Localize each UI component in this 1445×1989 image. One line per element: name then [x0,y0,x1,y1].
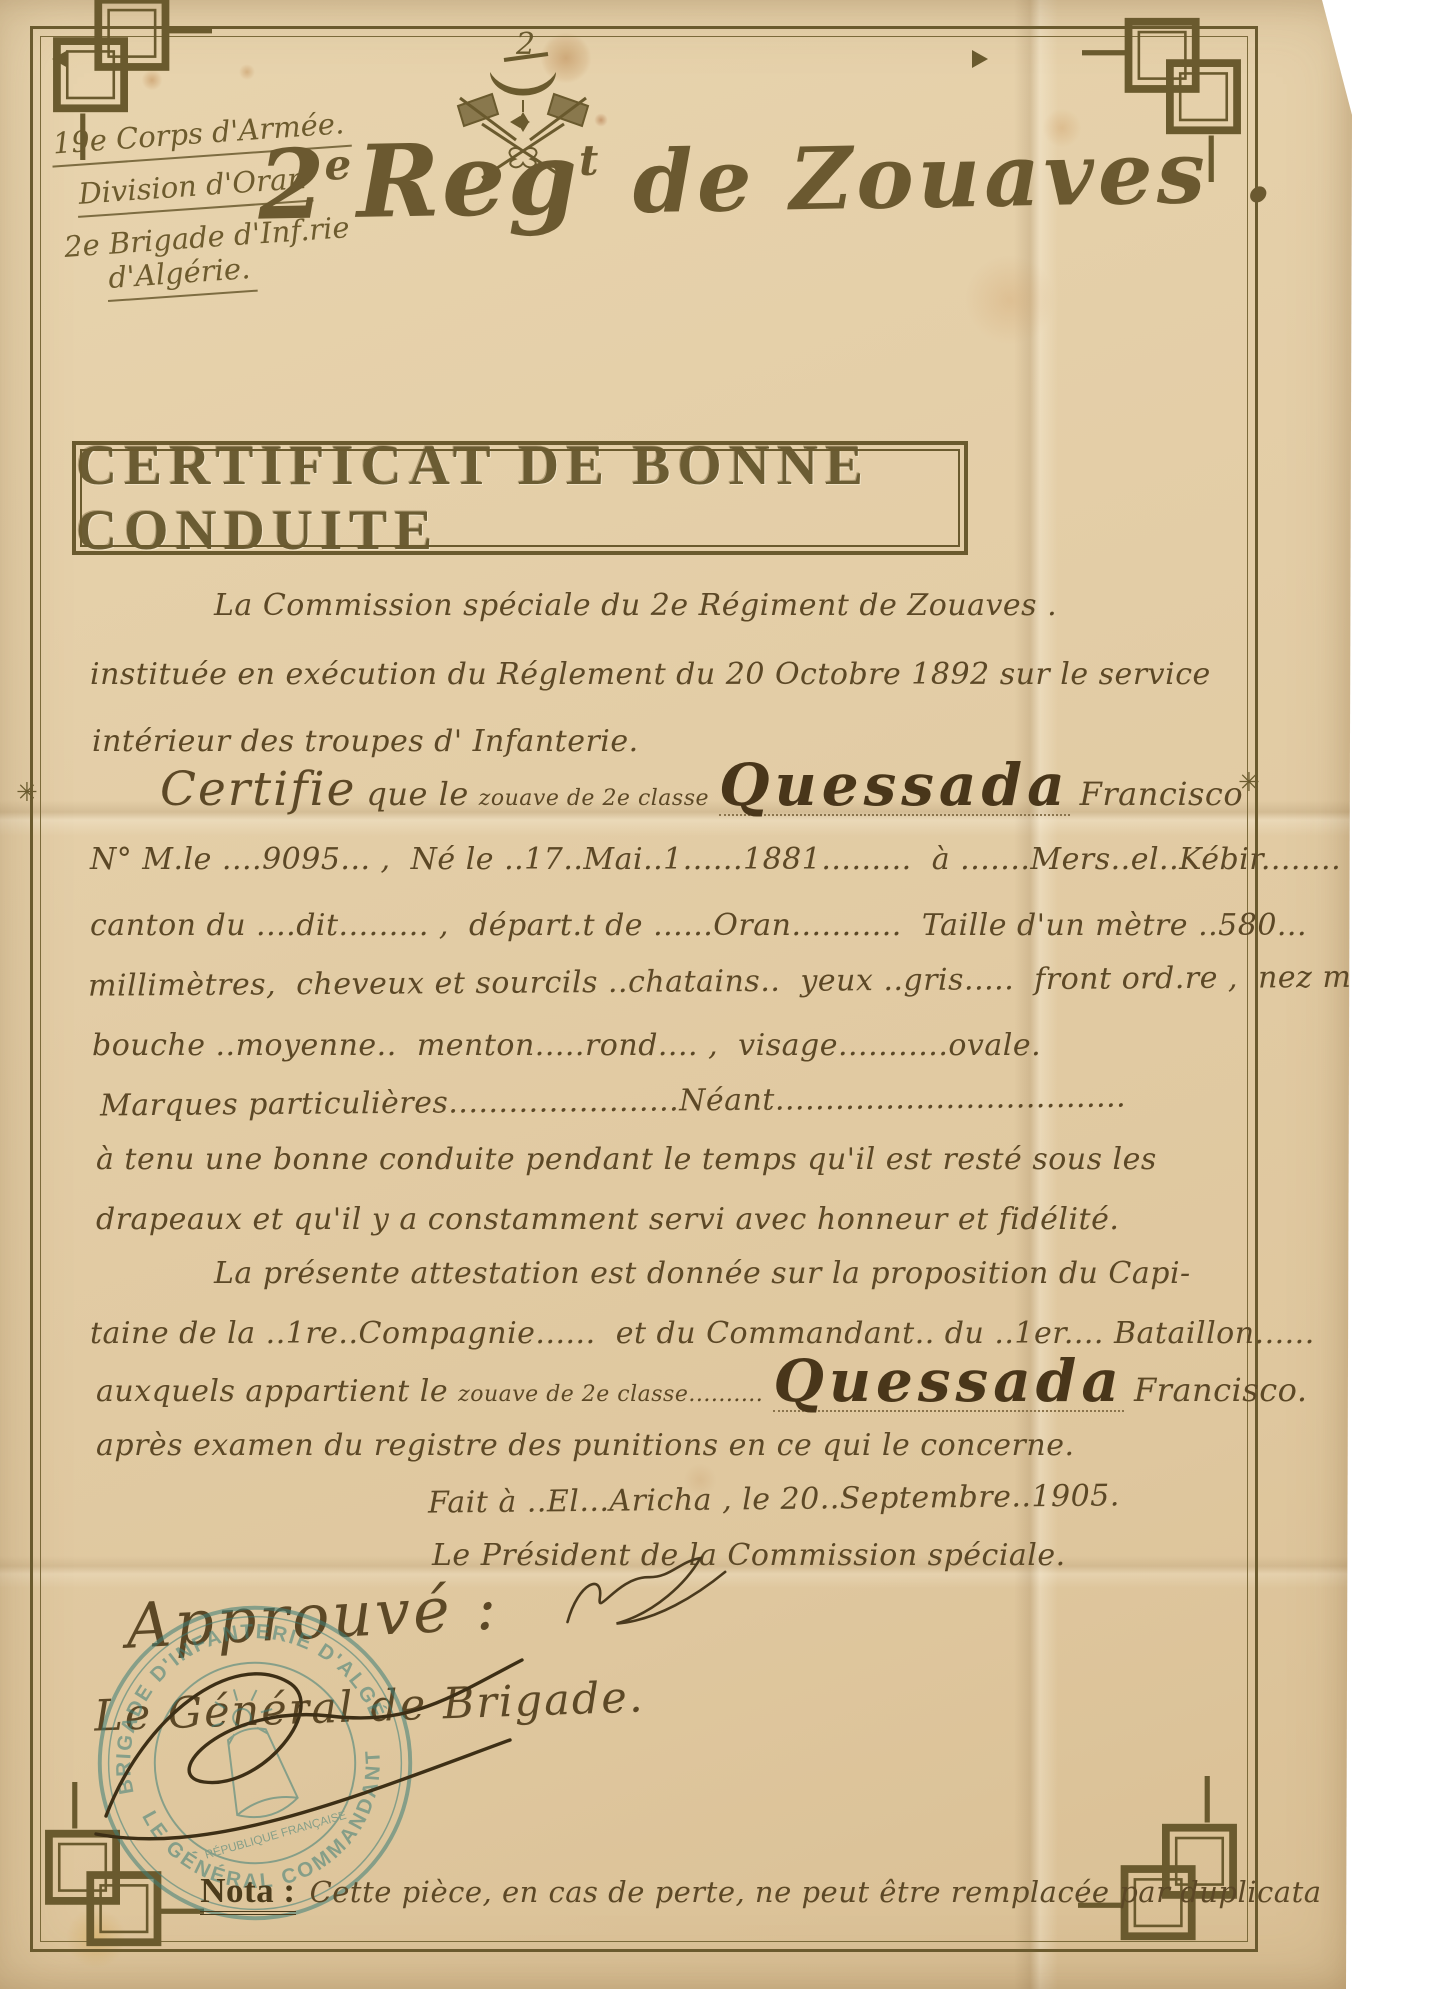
certify-connector: que le [366,775,468,813]
certificate-title-banner: CERTIFICAT DE BONNE CONDUITE [72,441,968,555]
soldier-surname: Quessada [719,756,1070,816]
place-date-line: Fait à ..El...Aricha , le 20..Septembre.… [428,1478,1120,1520]
banner-arrow-left-icon [52,50,68,68]
conduct-line1: à tenu une bonne conduite pendant le tem… [96,1142,1157,1177]
scanned-certificate: ✳ ✳ 19e Corps d'Armée. Division d'Oran 2… [0,0,1445,1989]
certify-line: Certifie que le zouave de 2e classe Ques… [160,756,1243,817]
certify-verb: Certifie [160,762,356,817]
canton-line: canton du ....dit......... , départ.t de… [90,908,1307,943]
banner-arrow-right-icon [972,50,988,68]
body-line-commission: La Commission spéciale du 2e Régiment de… [214,588,1057,623]
nota-line: Nota :Cette pièce, en cas de perte, ne p… [140,1836,1322,1946]
examen-line: après examen du registre des punitions e… [96,1428,1075,1463]
attest3-rank: zouave de 2e classe.......... [458,1382,763,1407]
president-line: Le Président de la Commission spéciale. [432,1538,1066,1573]
soldier-firstname-repeat: Francisco. [1134,1371,1308,1409]
attest-line3: auxquels appartient le zouave de 2e clas… [96,1352,1308,1412]
regiment-word: Reg [356,119,581,241]
crescent-icon [490,72,556,96]
body-line-instituee: instituée en exécution du Réglement du 2… [90,657,1211,692]
frame-star-ornament-left: ✳ [16,778,38,808]
regiment-tail: de Zouaves . [598,121,1278,234]
certify-rank: zouave de 2e classe [479,786,709,811]
attest-line1: La présente attestation est donnée sur l… [214,1256,1191,1291]
features-line2: bouche ..moyenne.. menton.....rond.... ,… [92,1028,1041,1063]
nota-label: Nota : [200,1871,295,1915]
conduct-line2: drapeaux et qu'il y a constamment servi … [96,1202,1119,1237]
regiment-number: 2 [257,127,326,241]
aged-paper-sheet: ✳ ✳ 19e Corps d'Armée. Division d'Oran 2… [0,0,1360,1989]
regiment-title: 2e Regt de Zouaves . [257,111,1019,242]
body-line-interieur: intérieur des troupes d' Infanterie. [92,724,639,759]
nota-text: Cette pièce, en cas de perte, ne peut êt… [310,1875,1322,1909]
soldier-firstname: Francisco [1080,775,1243,813]
regiment-word-sup: t [579,136,599,185]
regiment-number-sup: e [324,140,352,189]
attest-line2: taine de la ..1re..Compagnie...... et du… [90,1316,1315,1351]
soldier-surname-repeat: Quessada [773,1352,1124,1412]
matricule-line: N° M.le ....9095... , Né le ..17..Mai..1… [90,842,1341,877]
certificate-title: CERTIFICAT DE BONNE CONDUITE [76,433,964,563]
general-signature [92,1620,532,1860]
attest3-prefix: auxquels appartient le [96,1374,448,1409]
